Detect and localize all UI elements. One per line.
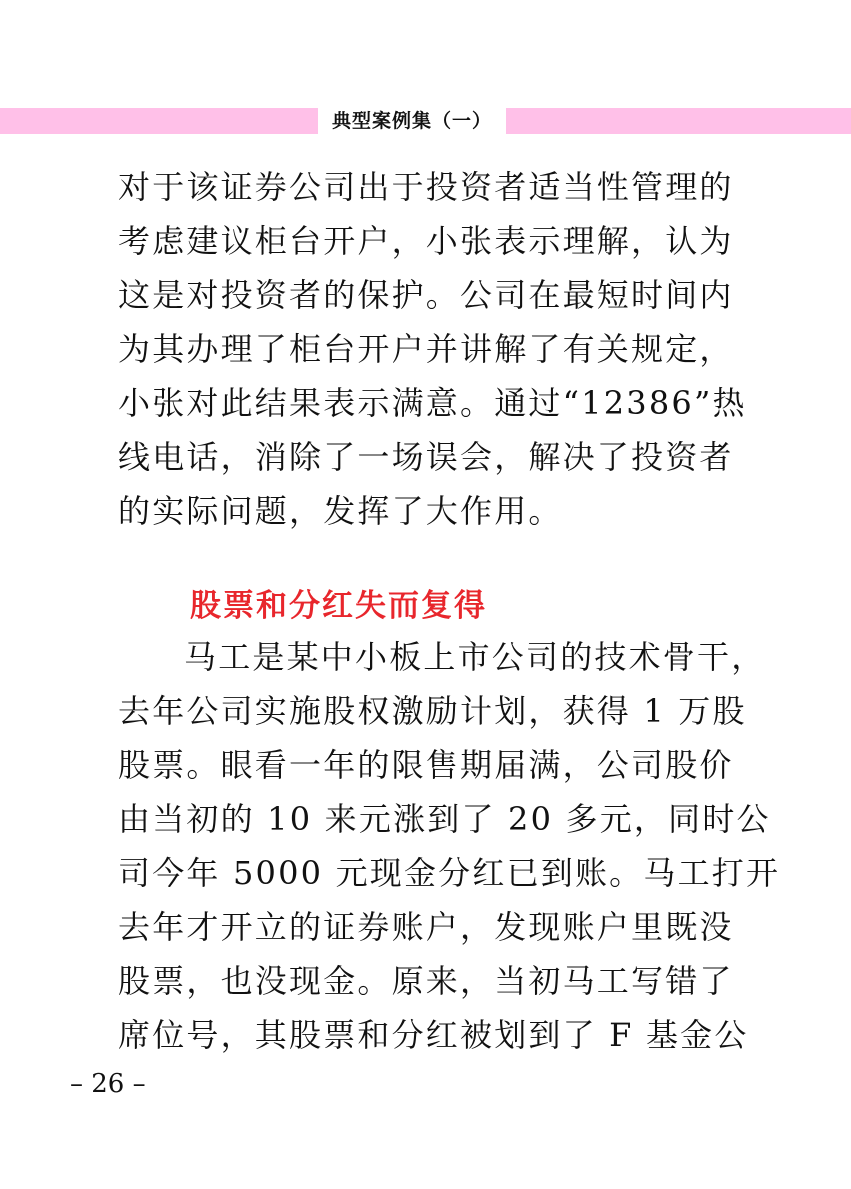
page-number: – 26 –: [70, 1066, 146, 1102]
text-line: 去年公司实施股权激励计划，获得 1 万股: [118, 684, 718, 738]
text-line: 对于该证券公司出于投资者适当性管理的: [118, 160, 718, 214]
paragraph-case: 马工是某中小板上市公司的技术骨干， 去年公司实施股权激励计划，获得 1 万股 股…: [118, 630, 718, 1062]
text-line: 去年才开立的证券账户，发现账户里既没: [118, 900, 718, 954]
text-line: 由当初的 10 来元涨到了 20 多元，同时公: [118, 792, 718, 846]
running-header: 典型案例集（一）: [0, 108, 851, 134]
text-line: 的实际问题，发挥了大作用。: [118, 484, 718, 538]
text-line: 股票。眼看一年的限售期届满，公司股价: [118, 738, 718, 792]
text-line: 考虑建议柜台开户，小张表示理解，认为: [118, 214, 718, 268]
text-line: 这是对投资者的保护。公司在最短时间内: [118, 268, 718, 322]
text-line: 马工是某中小板上市公司的技术骨干，: [118, 630, 718, 684]
header-band-right: [506, 108, 851, 134]
text-line: 股票，也没现金。原来，当初马工写错了: [118, 954, 718, 1008]
text-line: 小张对此结果表示满意。通过“12386”热: [118, 376, 718, 430]
header-band-left: [0, 108, 318, 134]
text-line: 司今年 5000 元现金分红已到账。马工打开: [118, 846, 718, 900]
text-line: 线电话，消除了一场误会，解决了投资者: [118, 430, 718, 484]
text-line: 为其办理了柜台开户并讲解了有关规定，: [118, 322, 718, 376]
text-line: 席位号，其股票和分红被划到了 F 基金公: [118, 1008, 718, 1062]
running-header-title: 典型案例集（一）: [318, 108, 506, 134]
section-heading: 股票和分红失而复得: [190, 584, 487, 628]
paragraph-continued: 对于该证券公司出于投资者适当性管理的 考虑建议柜台开户，小张表示理解，认为 这是…: [118, 160, 718, 538]
